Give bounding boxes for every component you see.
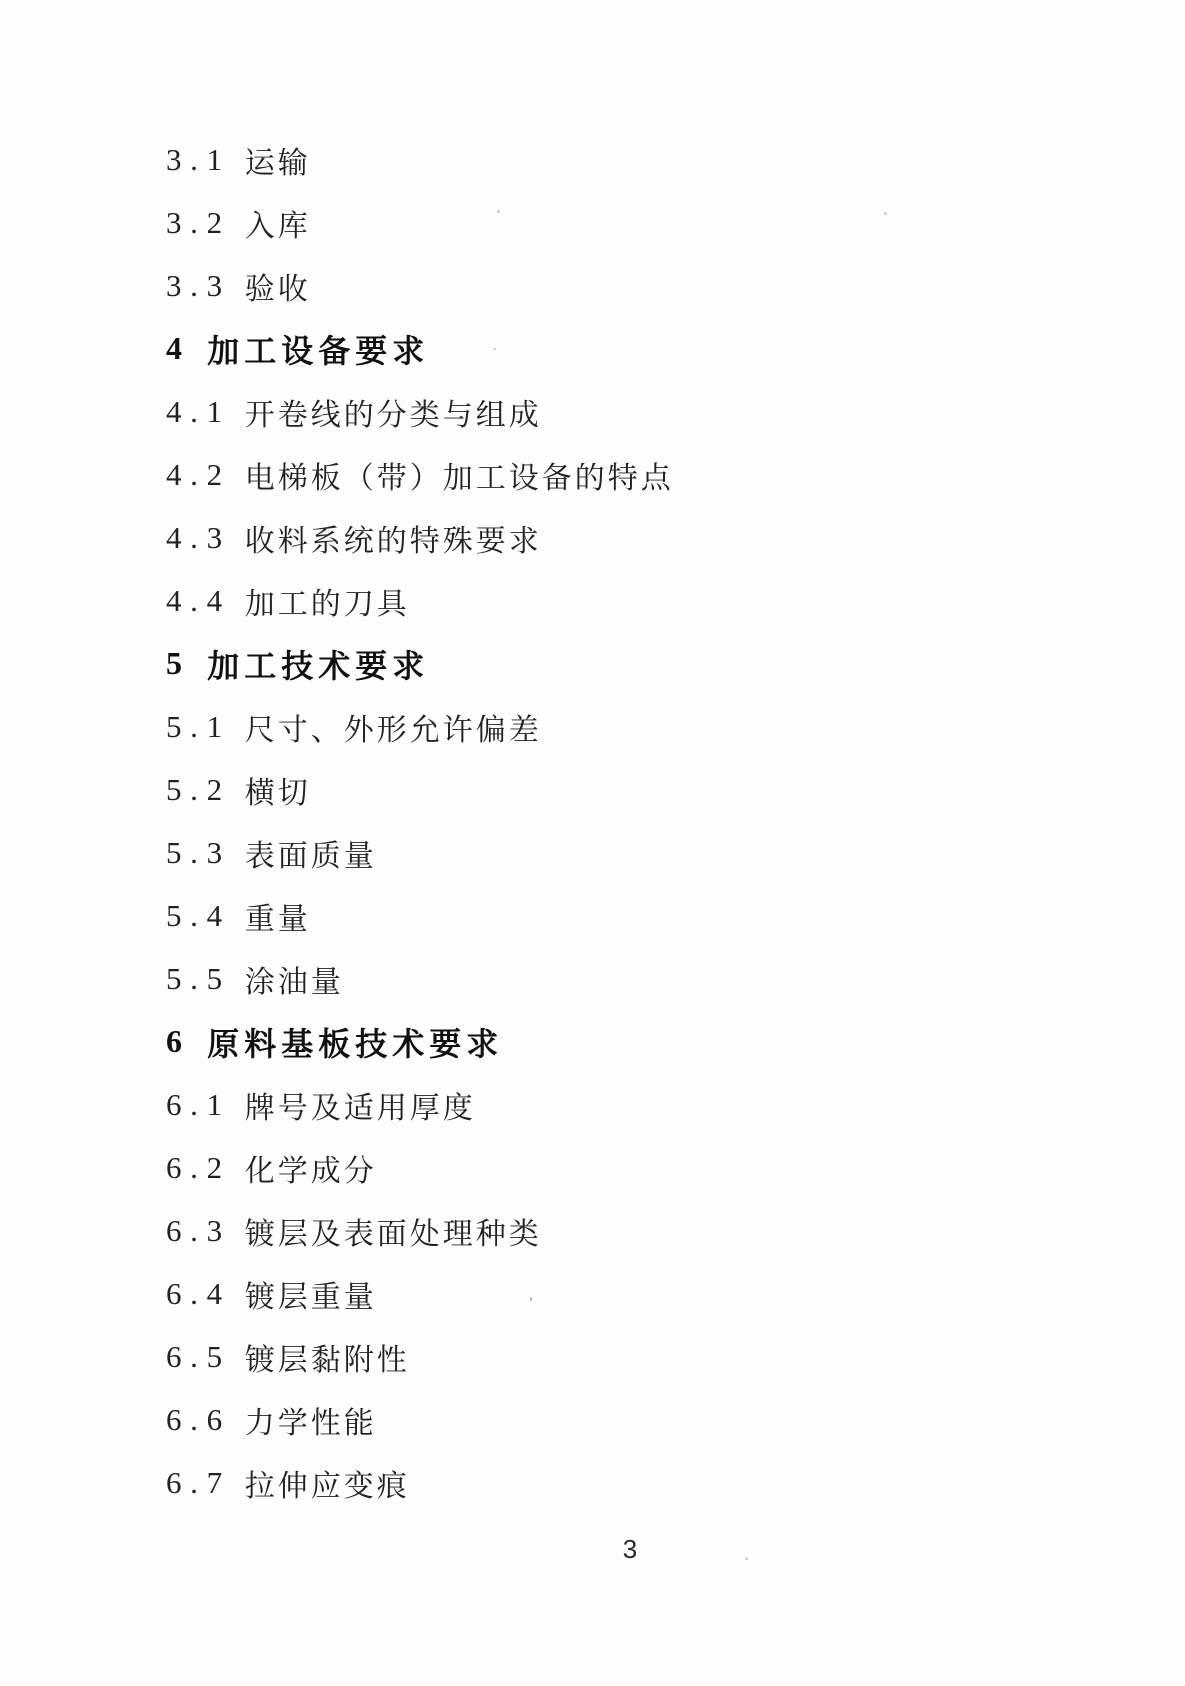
toc-item-label: 尺寸、外形允许偏差: [245, 705, 542, 749]
toc-section-number: 6: [166, 1023, 185, 1060]
toc-item-label: 表面质量: [245, 831, 377, 875]
toc-item-6-1: 6.1 牌号及适用厚度: [166, 1073, 1125, 1136]
toc-item-number: 6.2: [166, 1150, 231, 1186]
toc-item-label: 力学性能: [245, 1398, 377, 1442]
toc-item-number: 3.3: [166, 268, 231, 304]
toc-item-number: 4.4: [166, 583, 231, 619]
toc-section-label: 原料基板技术要求: [207, 1019, 503, 1065]
toc-item-number: 4.2: [166, 457, 231, 493]
toc-item-label: 加工的刀具: [245, 579, 410, 623]
toc-item-label: 镀层黏附性: [245, 1335, 410, 1379]
toc-item-label: 拉伸应变痕: [245, 1461, 410, 1505]
toc-item-3-3: 3.3 验收: [166, 254, 1125, 317]
toc-section-number: 5: [166, 645, 185, 682]
toc-section-5: 5 加工技术要求: [166, 632, 1125, 695]
toc-item-number: 6.4: [166, 1276, 231, 1312]
toc-item-label: 运输: [245, 138, 311, 182]
toc-item-6-3: 6.3 镀层及表面处理种类: [166, 1199, 1125, 1262]
toc-item-5-4: 5.4 重量: [166, 884, 1125, 947]
toc-item-number: 3.2: [166, 205, 231, 241]
toc-item-5-3: 5.3 表面质量: [166, 821, 1125, 884]
toc-item-number: 3.1: [166, 142, 231, 178]
toc-section-number: 4: [166, 330, 185, 367]
toc-item-label: 涂油量: [245, 957, 344, 1001]
toc-item-4-4: 4.4 加工的刀具: [166, 569, 1125, 632]
toc-item-label: 入库: [245, 201, 311, 245]
toc-item-3-1: 3.1 运输: [166, 128, 1125, 191]
toc-item-label: 镀层重量: [245, 1272, 377, 1316]
scan-speck: [745, 1557, 748, 1560]
toc-item-5-1: 5.1 尺寸、外形允许偏差: [166, 695, 1125, 758]
toc-section-label: 加工设备要求: [207, 326, 429, 372]
toc-item-4-3: 4.3 收料系统的特殊要求: [166, 506, 1125, 569]
toc-item-number: 6.1: [166, 1087, 231, 1123]
toc-item-6-4: 6.4 镀层重量: [166, 1262, 1125, 1325]
toc-item-6-7: 6.7 拉伸应变痕: [166, 1451, 1125, 1514]
toc-item-number: 6.7: [166, 1465, 231, 1501]
toc-item-label: 收料系统的特殊要求: [245, 516, 542, 560]
toc-section-label: 加工技术要求: [207, 641, 429, 687]
table-of-contents: 3.1 运输 3.2 入库 3.3 验收 4 加工设备要求 4.1 开卷线的分类…: [166, 128, 1125, 1514]
toc-item-label: 镀层及表面处理种类: [245, 1209, 542, 1253]
toc-item-number: 5.4: [166, 898, 231, 934]
toc-item-3-2: 3.2 入库: [166, 191, 1125, 254]
toc-item-number: 6.5: [166, 1339, 231, 1375]
toc-item-number: 4.1: [166, 394, 231, 430]
toc-item-number: 5.5: [166, 961, 231, 997]
toc-section-4: 4 加工设备要求: [166, 317, 1125, 380]
toc-item-label: 重量: [245, 894, 311, 938]
toc-item-number: 5.1: [166, 709, 231, 745]
toc-item-label: 验收: [245, 264, 311, 308]
toc-item-number: 6.3: [166, 1213, 231, 1249]
toc-section-6: 6 原料基板技术要求: [166, 1010, 1125, 1073]
toc-item-label: 牌号及适用厚度: [245, 1083, 476, 1127]
toc-item-label: 开卷线的分类与组成: [245, 390, 542, 434]
toc-item-5-2: 5.2 横切: [166, 758, 1125, 821]
toc-item-number: 4.3: [166, 520, 231, 556]
toc-item-4-2: 4.2 电梯板（带）加工设备的特点: [166, 443, 1125, 506]
scanned-document-page: 3.1 运输 3.2 入库 3.3 验收 4 加工设备要求 4.1 开卷线的分类…: [0, 0, 1185, 1686]
toc-item-number: 5.2: [166, 772, 231, 808]
toc-item-number: 6.6: [166, 1402, 231, 1438]
toc-item-label: 横切: [245, 768, 311, 812]
toc-item-6-5: 6.5 镀层黏附性: [166, 1325, 1125, 1388]
toc-item-4-1: 4.1 开卷线的分类与组成: [166, 380, 1125, 443]
toc-item-5-5: 5.5 涂油量: [166, 947, 1125, 1010]
toc-item-number: 5.3: [166, 835, 231, 871]
toc-item-6-2: 6.2 化学成分: [166, 1136, 1125, 1199]
toc-item-6-6: 6.6 力学性能: [166, 1388, 1125, 1451]
page-number: 3: [614, 1534, 646, 1565]
toc-item-label: 电梯板（带）加工设备的特点: [245, 453, 674, 497]
toc-item-label: 化学成分: [245, 1146, 377, 1190]
